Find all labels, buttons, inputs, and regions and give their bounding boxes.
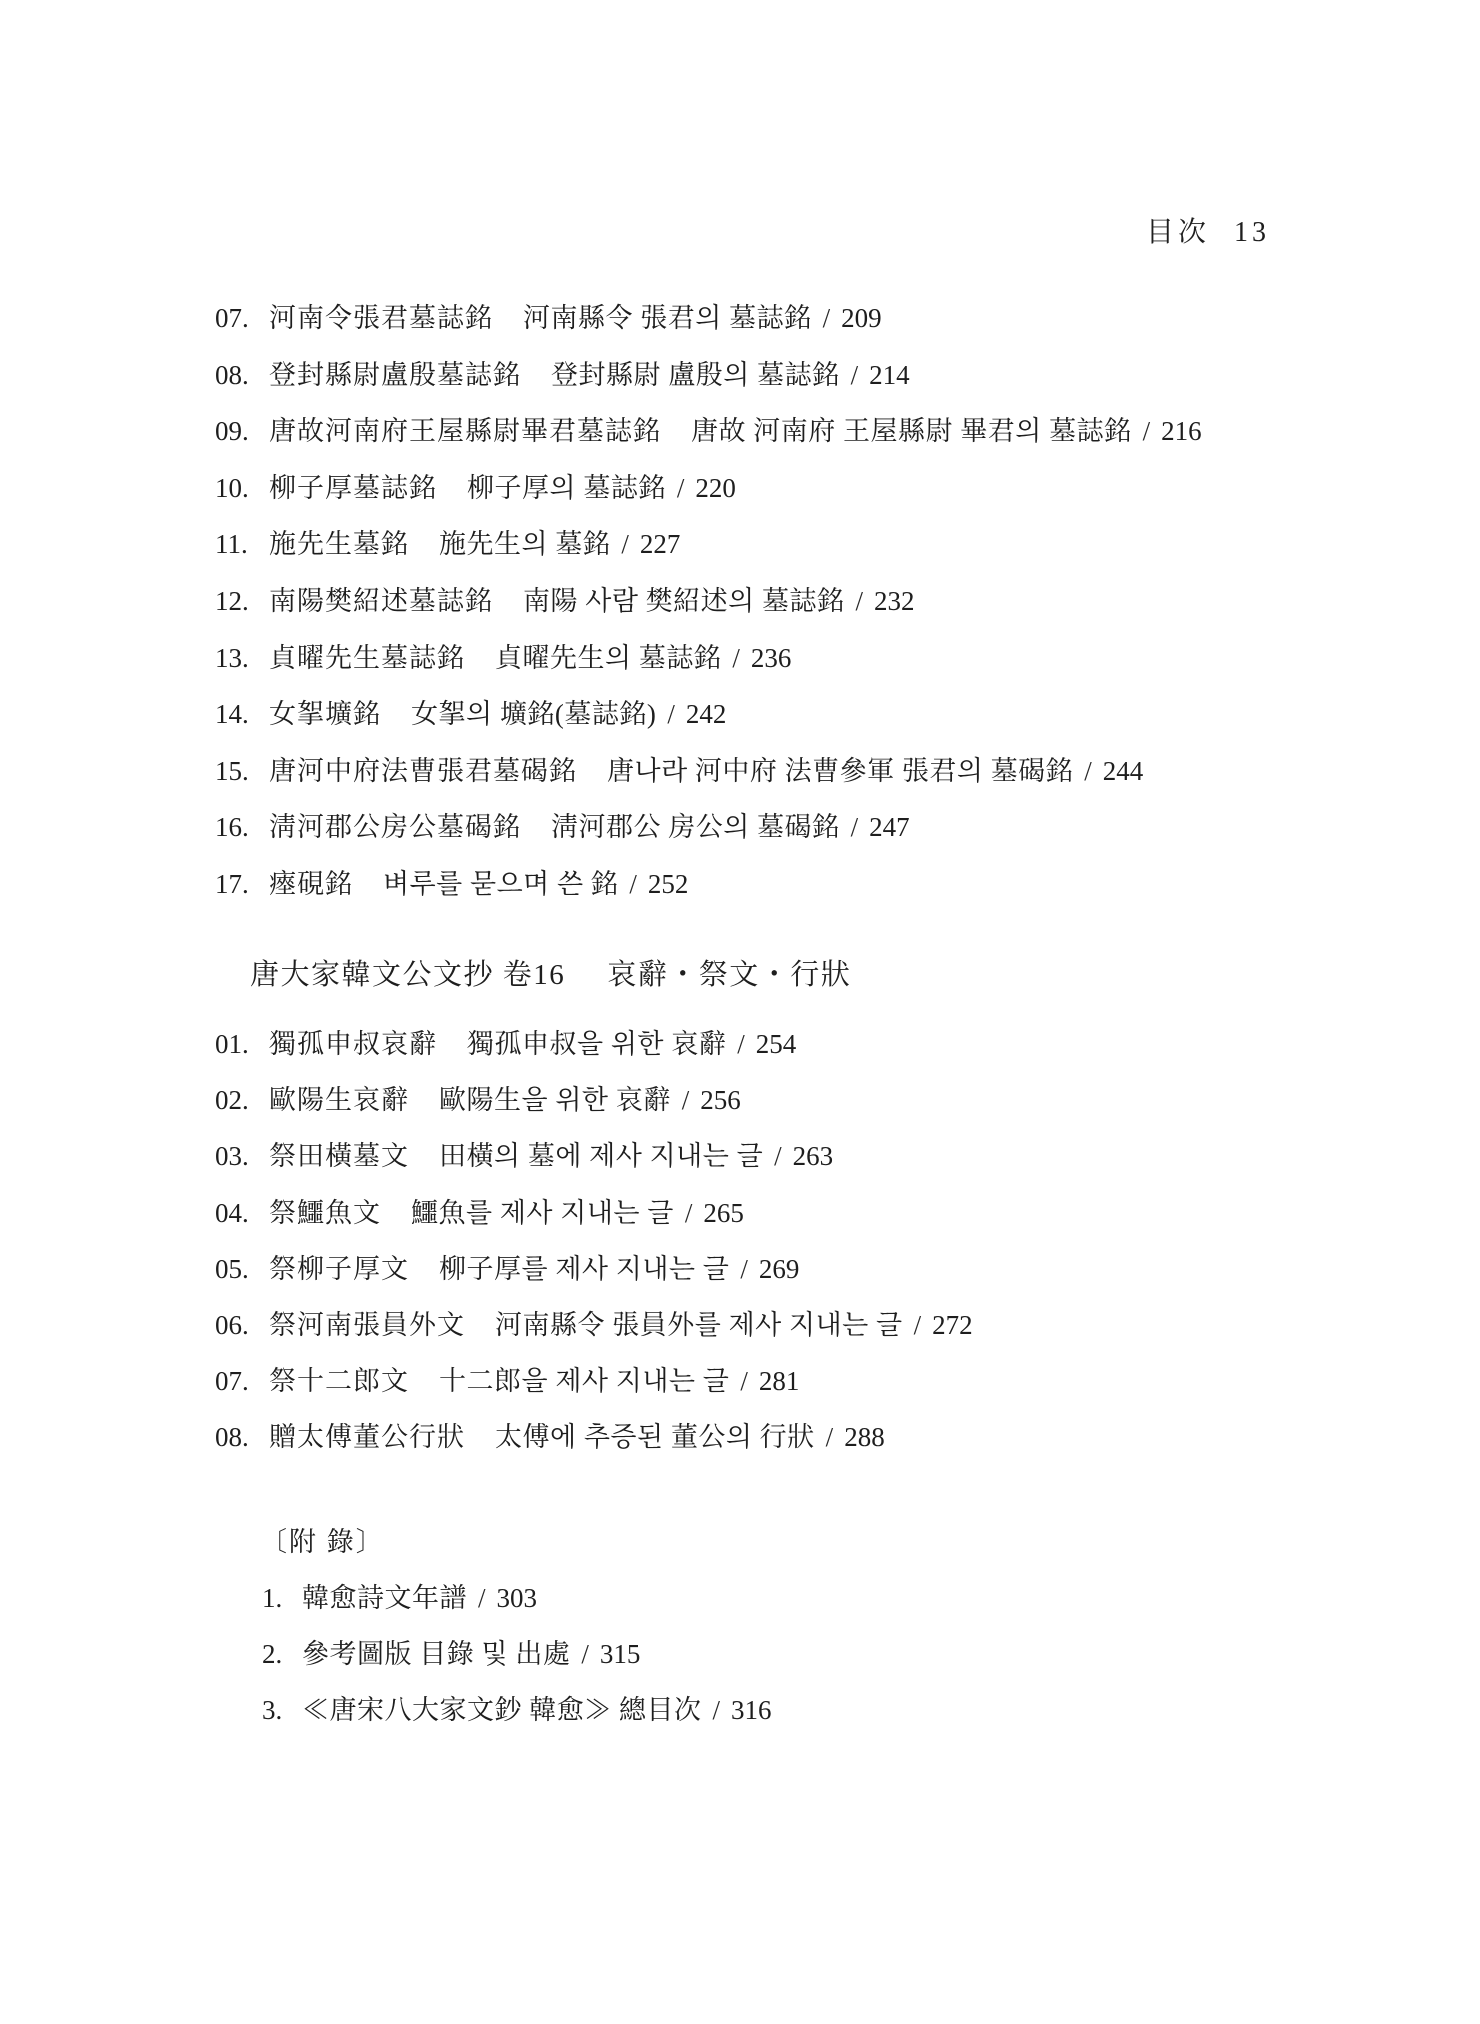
item-title-hanja: 祭十二郎文 — [269, 1359, 409, 1398]
item-page-number: 272 — [932, 1310, 973, 1341]
item-page-number: 244 — [1103, 756, 1144, 787]
item-title-korean: 鱷魚를 제사 지내는 글 — [411, 1191, 674, 1230]
item-title-korean: 歐陽生을 위한 哀辭 — [439, 1078, 671, 1117]
item-title-korean: 施先生의 墓銘 — [439, 522, 610, 561]
item-page-number: 303 — [497, 1583, 538, 1614]
item-page-number: 269 — [759, 1254, 800, 1285]
item-title-hanja: 歐陽生哀辭 — [269, 1078, 409, 1117]
toc-item: 04. 祭鱷魚文 鱷魚를 제사 지내는 글 / 265 — [215, 1191, 1360, 1247]
item-title-korean: 唐故 河南府 王屋縣尉 畢君의 墓誌銘 — [691, 409, 1132, 448]
item-page-number: 316 — [731, 1695, 772, 1726]
item-title-korean: 南陽 사람 樊紹述의 墓誌銘 — [523, 579, 845, 618]
item-number: 1. — [262, 1583, 302, 1614]
item-separator: / — [774, 1141, 782, 1172]
item-separator: / — [621, 529, 629, 560]
item-title-korean: 太傅에 추증된 董公의 行狀 — [495, 1415, 815, 1454]
toc-list-section2: 01. 獨孤申叔哀辭 獨孤申叔을 위한 哀辭 / 254 02. 歐陽生哀辭 歐… — [215, 1022, 1360, 1472]
appendix-item: 1. 韓愈詩文年譜 / 303 — [262, 1576, 1360, 1632]
item-title-korean: 河南縣令 張君의 墓誌銘 — [523, 296, 812, 335]
item-title-hanja: 獨孤申叔哀辭 — [269, 1022, 437, 1061]
toc-item: 07. 祭十二郎文 十二郎을 제사 지내는 글 / 281 — [215, 1359, 1360, 1415]
item-title-korean: 淸河郡公 房公의 墓碣銘 — [551, 805, 840, 844]
item-separator: / — [713, 1695, 721, 1726]
item-page-number: 254 — [756, 1029, 797, 1060]
toc-item: 11. 施先生墓銘 施先生의 墓銘 / 227 — [215, 522, 1360, 579]
running-head-page-number: 13 — [1234, 217, 1270, 249]
item-number: 11. — [215, 529, 269, 560]
item-title-hanja: 貞曜先生墓誌銘 — [269, 636, 465, 675]
item-separator: / — [685, 1198, 693, 1229]
item-number: 09. — [215, 416, 269, 447]
item-separator: / — [856, 586, 864, 617]
toc-item: 15. 唐河中府法曹張君墓碣銘 唐나라 河中府 法曹參軍 張君의 墓碣銘 / 2… — [215, 749, 1360, 806]
item-title-hanja: 瘞硯銘 — [269, 862, 353, 901]
item-title-korean: 十二郎을 제사 지내는 글 — [439, 1359, 729, 1398]
toc-item: 07. 河南令張君墓誌銘 河南縣令 張君의 墓誌銘 / 209 — [215, 296, 1360, 353]
toc-item: 03. 祭田橫墓文 田橫의 墓에 제사 지내는 글 / 263 — [215, 1134, 1360, 1190]
item-number: 13. — [215, 643, 269, 674]
item-page-number: 216 — [1161, 416, 1202, 447]
item-page-number: 247 — [869, 812, 910, 843]
item-number: 14. — [215, 699, 269, 730]
toc-item: 16. 淸河郡公房公墓碣銘 淸河郡公 房公의 墓碣銘 / 247 — [215, 805, 1360, 862]
item-title-hanja: 女挐壙銘 — [269, 692, 381, 731]
item-title-korean: 벼루를 묻으며 쓴 銘 — [383, 862, 618, 901]
item-page-number: 288 — [844, 1422, 885, 1453]
item-number: 04. — [215, 1198, 269, 1229]
item-separator: / — [1143, 416, 1151, 447]
toc-item: 01. 獨孤申叔哀辭 獨孤申叔을 위한 哀辭 / 254 — [215, 1022, 1360, 1078]
item-title-korean: 柳子厚의 墓誌銘 — [467, 466, 666, 505]
item-number: 08. — [215, 360, 269, 391]
item-separator: / — [1084, 756, 1092, 787]
item-number: 16. — [215, 812, 269, 843]
item-title-hanja: 贈太傅董公行狀 — [269, 1415, 465, 1454]
section-header-volume16: 唐大家韓文公文抄 卷16 哀辭・祭文・行狀 — [250, 952, 851, 993]
item-title-hanja: 祭田橫墓文 — [269, 1134, 409, 1173]
item-number: 05. — [215, 1254, 269, 1285]
toc-item: 09. 唐故河南府王屋縣尉畢君墓誌銘 唐故 河南府 王屋縣尉 畢君의 墓誌銘 /… — [215, 409, 1360, 466]
toc-item: 08. 贈太傅董公行狀 太傅에 추증된 董公의 行狀 / 288 — [215, 1415, 1360, 1471]
toc-item: 14. 女挐壙銘 女挐의 壙銘(墓誌銘) / 242 — [215, 692, 1360, 749]
item-title-korean: 女挐의 壙銘(墓誌銘) — [411, 692, 656, 731]
toc-item: 05. 祭柳子厚文 柳子厚를 제사 지내는 글 / 269 — [215, 1247, 1360, 1303]
item-page-number: 209 — [841, 303, 882, 334]
item-title-hanja: 施先生墓銘 — [269, 522, 409, 561]
item-title-hanja: 祭柳子厚文 — [269, 1247, 409, 1286]
toc-item: 06. 祭河南張員外文 河南縣令 張員外를 제사 지내는 글 / 272 — [215, 1303, 1360, 1359]
item-title-korean: 獨孤申叔을 위한 哀辭 — [467, 1022, 726, 1061]
item-number: 15. — [215, 756, 269, 787]
item-number: 12. — [215, 586, 269, 617]
item-number: 02. — [215, 1085, 269, 1116]
item-title-hanja: 柳子厚墓誌銘 — [269, 466, 437, 505]
item-page-number: 232 — [874, 586, 915, 617]
item-separator: / — [826, 1422, 834, 1453]
item-page-number: 242 — [686, 699, 727, 730]
toc-page: 目次 13 07. 河南令張君墓誌銘 河南縣令 張君의 墓誌銘 / 209 08… — [0, 0, 1480, 2024]
item-page-number: 281 — [759, 1366, 800, 1397]
item-title-hanja: 淸河郡公房公墓碣銘 — [269, 805, 521, 844]
item-title-hanja: 唐故河南府王屋縣尉畢君墓誌銘 — [269, 409, 661, 448]
toc-item: 02. 歐陽生哀辭 歐陽生을 위한 哀辭 / 256 — [215, 1078, 1360, 1134]
item-title: 韓愈詩文年譜 — [302, 1576, 467, 1615]
appendix-item: 3. ≪唐宋八大家文鈔 韓愈≫ 總目次 / 316 — [262, 1688, 1360, 1744]
item-title-hanja: 唐河中府法曹張君墓碣銘 — [269, 749, 577, 788]
item-number: 2. — [262, 1639, 302, 1670]
item-separator: / — [581, 1639, 589, 1670]
item-number: 08. — [215, 1422, 269, 1453]
item-title-hanja: 南陽樊紹述墓誌銘 — [269, 579, 493, 618]
section-header-genres: 哀辭・祭文・行狀 — [607, 952, 851, 993]
item-separator: / — [851, 812, 859, 843]
item-page-number: 265 — [703, 1198, 744, 1229]
item-title-korean: 登封縣尉 盧殷의 墓誌銘 — [551, 353, 840, 392]
item-separator: / — [478, 1583, 486, 1614]
toc-item: 10. 柳子厚墓誌銘 柳子厚의 墓誌銘 / 220 — [215, 466, 1360, 523]
item-number: 10. — [215, 473, 269, 504]
item-title-hanja: 祭河南張員外文 — [269, 1303, 465, 1342]
item-page-number: 263 — [793, 1141, 834, 1172]
item-separator: / — [629, 869, 637, 900]
toc-item: 13. 貞曜先生墓誌銘 貞曜先生의 墓誌銘 / 236 — [215, 636, 1360, 693]
item-number: 07. — [215, 303, 269, 334]
item-title-korean: 唐나라 河中府 法曹參軍 張君의 墓碣銘 — [607, 749, 1073, 788]
item-page-number: 252 — [648, 869, 689, 900]
item-page-number: 214 — [869, 360, 910, 391]
item-number: 06. — [215, 1310, 269, 1341]
item-separator: / — [740, 1254, 748, 1285]
item-title-korean: 柳子厚를 제사 지내는 글 — [439, 1247, 729, 1286]
item-title-korean: 貞曜先生의 墓誌銘 — [495, 636, 721, 675]
toc-item: 08. 登封縣尉盧殷墓誌銘 登封縣尉 盧殷의 墓誌銘 / 214 — [215, 353, 1360, 410]
item-number: 03. — [215, 1141, 269, 1172]
toc-item: 17. 瘞硯銘 벼루를 묻으며 쓴 銘 / 252 — [215, 862, 1360, 919]
appendix-item: 2. 參考圖版 目錄 및 出處 / 315 — [262, 1632, 1360, 1688]
item-title-hanja: 祭鱷魚文 — [269, 1191, 381, 1230]
item-title-hanja: 登封縣尉盧殷墓誌銘 — [269, 353, 521, 392]
running-head-title: 目次 — [1146, 210, 1210, 250]
item-title-hanja: 河南令張君墓誌銘 — [269, 296, 493, 335]
item-page-number: 236 — [751, 643, 792, 674]
item-separator: / — [732, 643, 740, 674]
section-header-book-volume: 唐大家韓文公文抄 卷16 — [250, 952, 565, 993]
item-page-number: 256 — [700, 1085, 741, 1116]
item-separator: / — [682, 1085, 690, 1116]
item-title: 參考圖版 目錄 및 出處 — [302, 1632, 570, 1671]
item-number: 07. — [215, 1366, 269, 1397]
item-separator: / — [677, 473, 685, 504]
item-page-number: 220 — [695, 473, 736, 504]
running-head: 目次 13 — [1146, 210, 1270, 250]
item-separator: / — [823, 303, 831, 334]
toc-list-section1: 07. 河南令張君墓誌銘 河南縣令 張君의 墓誌銘 / 209 08. 登封縣尉… — [215, 296, 1360, 919]
item-page-number: 315 — [600, 1639, 641, 1670]
toc-item: 12. 南陽樊紹述墓誌銘 南陽 사람 樊紹述의 墓誌銘 / 232 — [215, 579, 1360, 636]
item-number: 17. — [215, 869, 269, 900]
appendix-header: 〔附 錄〕 — [260, 1520, 385, 1559]
item-title-korean: 河南縣令 張員外를 제사 지내는 글 — [495, 1303, 903, 1342]
item-separator: / — [737, 1029, 745, 1060]
item-page-number: 227 — [640, 529, 681, 560]
item-number: 3. — [262, 1695, 302, 1726]
item-title: ≪唐宋八大家文鈔 韓愈≫ 總目次 — [302, 1688, 702, 1727]
item-separator: / — [667, 699, 675, 730]
item-separator: / — [851, 360, 859, 391]
item-separator: / — [914, 1310, 922, 1341]
item-title-korean: 田橫의 墓에 제사 지내는 글 — [439, 1134, 763, 1173]
toc-list-appendix: 1. 韓愈詩文年譜 / 303 2. 參考圖版 目錄 및 出處 / 315 3.… — [262, 1576, 1360, 1744]
item-separator: / — [740, 1366, 748, 1397]
item-number: 01. — [215, 1029, 269, 1060]
